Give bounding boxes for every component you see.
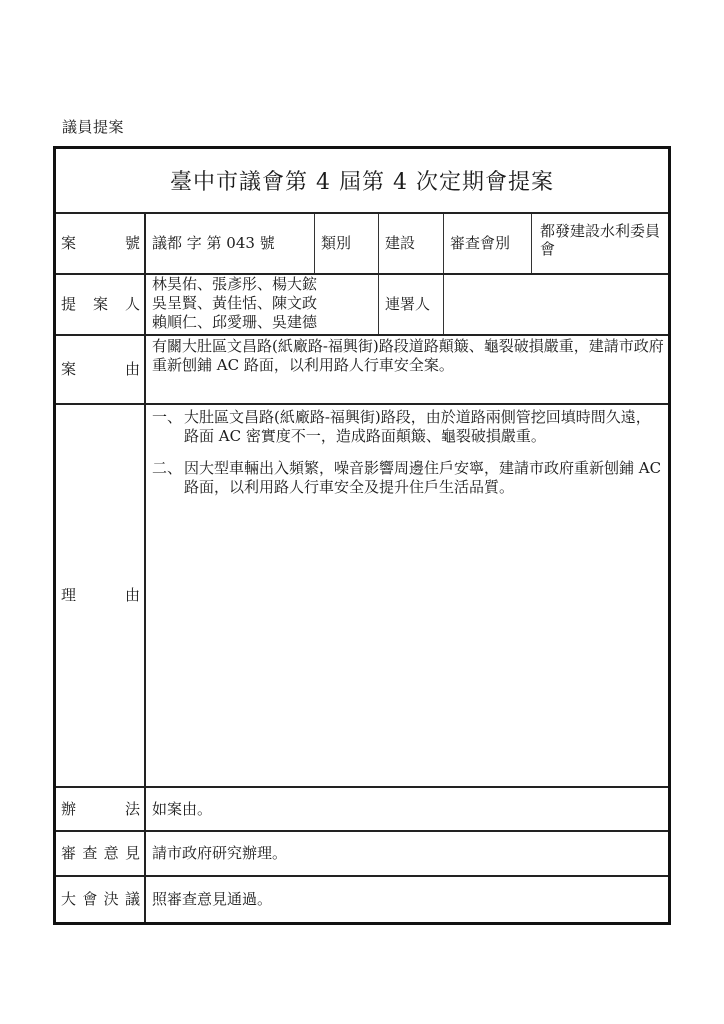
proposer-names-line: 林昊佑、張彥彤、楊大鋐	[152, 275, 376, 294]
label-char: 會	[82, 890, 97, 909]
reason-number: 二、	[152, 459, 184, 497]
label-char: 辦	[61, 800, 76, 819]
label-char: 號	[125, 234, 140, 253]
committee-label: 審查會別	[444, 214, 532, 273]
reasons-content: 一、 大肚區文昌路(紙廠路-福興街)路段，由於道路兩側管挖回填時間久遠，路面 A…	[146, 405, 668, 786]
review-opinion-label: 審 查 意 見	[56, 832, 146, 875]
proposal-form: 臺中市議會第 4 屆第 4 次定期會提案 案 號 議都 字 第 043 號 類別…	[53, 146, 671, 925]
label-char: 由	[125, 360, 140, 379]
label-char: 法	[125, 800, 140, 819]
proposers-row: 提 案 人 林昊佑、張彥彤、楊大鋐 吳呈賢、黃佳恬、陳文政 賴順仁、邱愛珊、吳建…	[56, 275, 668, 336]
reason-item: 二、 因大型車輛出入頻繁，噪音影響周邊住戶安寧，建請市政府重新刨鋪 AC 路面，…	[152, 459, 664, 497]
label-char: 案	[61, 360, 76, 379]
case-number-row: 案 號 議都 字 第 043 號 類別 建設 審查會別 都發建設水利委員會	[56, 214, 668, 275]
label-char: 理	[61, 586, 76, 605]
cosigner-label: 連署人	[379, 275, 444, 334]
label-char: 案	[61, 234, 76, 253]
category-value: 建設	[379, 214, 444, 273]
label-char: 議	[125, 890, 140, 909]
label-char: 審	[61, 844, 76, 863]
reason-text: 因大型車輛出入頻繁，噪音影響周邊住戶安寧，建請市政府重新刨鋪 AC 路面，以利用…	[184, 459, 664, 497]
label-char: 提	[61, 295, 76, 314]
reason-text: 大肚區文昌路(紙廠路-福興街)路段，由於道路兩側管挖回填時間久遠，路面 AC 密…	[184, 408, 664, 446]
proposer-names-line: 賴順仁、邱愛珊、吳建德	[152, 313, 376, 332]
method-label: 辦 法	[56, 788, 146, 830]
method-row: 辦 法 如案由。	[56, 788, 668, 832]
label-char: 案	[93, 295, 108, 314]
assembly-resolution-row: 大 會 決 議 照審查意見通過。	[56, 877, 668, 922]
category-label: 類別	[315, 214, 379, 273]
method-text: 如案由。	[146, 788, 668, 830]
proposers-label: 提 案 人	[56, 275, 146, 334]
label-char: 查	[82, 844, 97, 863]
form-title: 臺中市議會第 4 屆第 4 次定期會提案	[56, 149, 668, 212]
reasons-label: 理 由	[56, 405, 146, 786]
label-char: 大	[61, 890, 76, 909]
label-char: 由	[125, 586, 140, 605]
subject-text: 有關大肚區文昌路(紙廠路-福興街)路段道路顛簸、龜裂破損嚴重，建請市政府重新刨鋪…	[146, 336, 668, 403]
label-char: 決	[104, 890, 119, 909]
reason-number: 一、	[152, 408, 184, 446]
case-number-label: 案 號	[56, 214, 146, 273]
cosigner-value	[444, 275, 668, 334]
label-char: 見	[125, 844, 140, 863]
proposer-names-line: 吳呈賢、黃佳恬、陳文政	[152, 294, 376, 313]
title-row: 臺中市議會第 4 屆第 4 次定期會提案	[56, 149, 668, 214]
assembly-resolution-text: 照審查意見通過。	[146, 877, 668, 922]
label-char: 意	[104, 844, 119, 863]
proposer-names: 林昊佑、張彥彤、楊大鋐 吳呈賢、黃佳恬、陳文政 賴順仁、邱愛珊、吳建德	[146, 275, 379, 334]
committee-value: 都發建設水利委員會	[532, 214, 668, 273]
page-label: 議員提案	[62, 116, 124, 137]
review-opinion-text: 請市政府研究辦理。	[146, 832, 668, 875]
reason-item: 一、 大肚區文昌路(紙廠路-福興街)路段，由於道路兩側管挖回填時間久遠，路面 A…	[152, 408, 664, 446]
reasons-row: 理 由 一、 大肚區文昌路(紙廠路-福興街)路段，由於道路兩側管挖回填時間久遠，…	[56, 405, 668, 788]
case-number-value: 議都 字 第 043 號	[146, 214, 315, 273]
label-char: 人	[125, 295, 140, 314]
subject-row: 案 由 有關大肚區文昌路(紙廠路-福興街)路段道路顛簸、龜裂破損嚴重，建請市政府…	[56, 336, 668, 405]
review-opinion-row: 審 查 意 見 請市政府研究辦理。	[56, 832, 668, 877]
assembly-resolution-label: 大 會 決 議	[56, 877, 146, 922]
subject-label: 案 由	[56, 336, 146, 403]
